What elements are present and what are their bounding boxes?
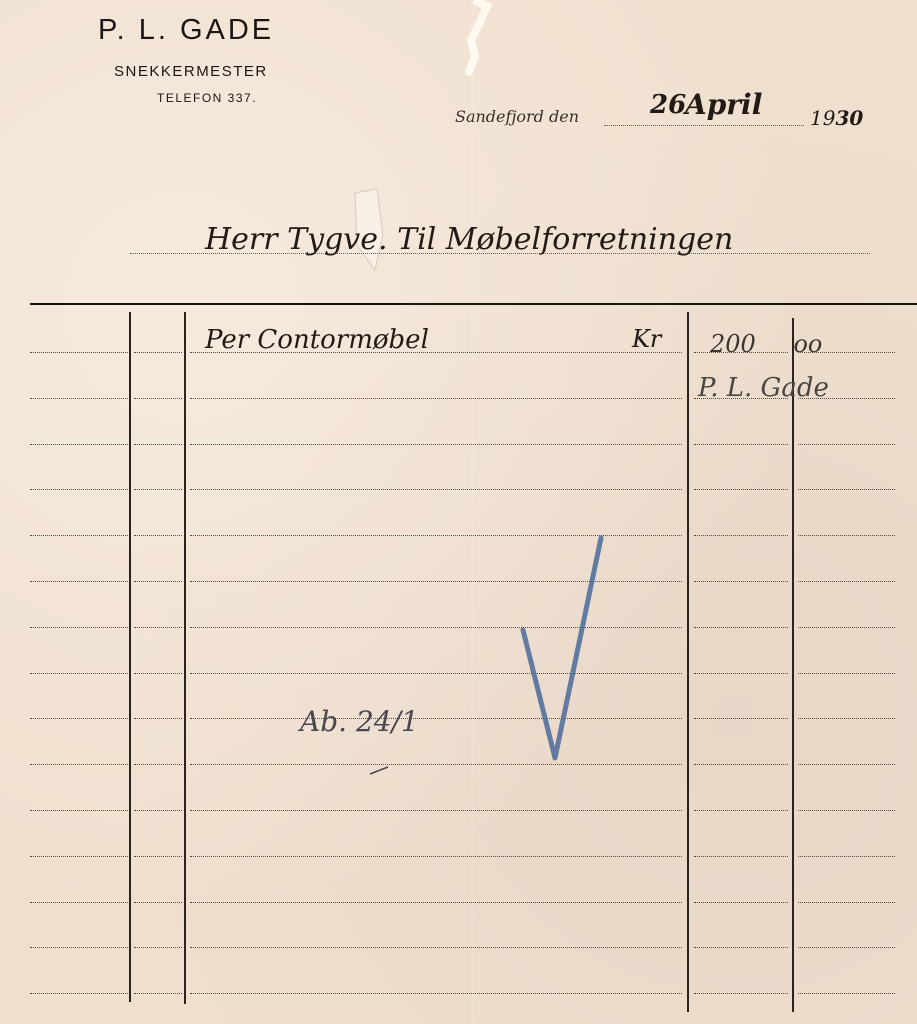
date-month: April <box>685 88 762 121</box>
company-trade: SNEKKERMESTER <box>114 63 268 80</box>
ledger-row-line <box>30 535 128 536</box>
ledger-row-line <box>798 673 895 674</box>
ledger-row-line <box>798 856 895 857</box>
table-top-rule <box>30 303 917 305</box>
ledger-row-line <box>134 535 182 536</box>
ledger-row-line <box>798 947 895 948</box>
ledger-row-line <box>694 581 788 582</box>
ledger-row-line <box>30 673 128 674</box>
ledger-row-line <box>190 993 682 994</box>
date-day: 26 <box>650 90 686 120</box>
checkmark-icon <box>515 530 615 770</box>
ledger-row-line <box>694 627 788 628</box>
ledger-row-line <box>694 902 788 903</box>
year-handwritten: 30 <box>835 106 863 130</box>
ledger-row-line <box>798 810 895 811</box>
column-divider-1 <box>129 312 131 1002</box>
amount-value: 200 <box>710 330 756 358</box>
ledger-row-line <box>134 947 182 948</box>
ledger-row-line <box>694 673 788 674</box>
ledger-row-line <box>134 489 182 490</box>
addressee: Herr Tygve. Til Møbelforretningen <box>205 222 733 257</box>
ledger-row-line <box>30 947 128 948</box>
line-item-amount: 200 oo <box>710 330 822 358</box>
ledger-row-line <box>190 947 682 948</box>
company-name: P. L. GADE <box>98 14 274 47</box>
ledger-row-line <box>30 352 128 353</box>
ledger-row-line <box>134 352 182 353</box>
ledger-row-line <box>694 764 788 765</box>
ledger-row-line <box>30 627 128 628</box>
note-underline <box>368 764 392 776</box>
ledger-row-line <box>190 902 682 903</box>
ledger-row-line <box>134 764 182 765</box>
ledger-row-line <box>694 718 788 719</box>
ledger-row-line <box>30 856 128 857</box>
signature: P. L. Gade <box>698 373 829 403</box>
ledger-row-line <box>694 535 788 536</box>
ledger-row-line <box>694 444 788 445</box>
column-divider-2 <box>184 312 186 1004</box>
ledger-row-line <box>30 398 128 399</box>
column-divider-4 <box>792 318 794 1012</box>
ledger-row-line <box>190 444 682 445</box>
ledger-row-line <box>190 810 682 811</box>
ledger-row-line <box>694 810 788 811</box>
ledger-row-line <box>134 902 182 903</box>
ledger-row-line <box>30 444 128 445</box>
amount-cents: oo <box>793 330 822 358</box>
ledger-row-line <box>30 902 128 903</box>
ledger-row-line <box>694 856 788 857</box>
date-year: 1930 <box>810 106 863 130</box>
date-line <box>604 125 804 126</box>
ledger-row-line <box>798 902 895 903</box>
ledger-row-line <box>694 947 788 948</box>
column-divider-3 <box>687 312 689 1012</box>
ledger-row-line <box>30 993 128 994</box>
ledger-row-line <box>798 764 895 765</box>
line-item-description: Per Contormøbel <box>205 325 429 355</box>
ledger-row-line <box>30 489 128 490</box>
ledger-row-line <box>798 535 895 536</box>
ledger-row-line <box>798 993 895 994</box>
ledger-row-line <box>798 627 895 628</box>
ledger-row-line <box>694 489 788 490</box>
ledger-row-line <box>30 581 128 582</box>
ledger-row-line <box>190 398 682 399</box>
company-phone: TELEFON 337. <box>157 91 257 105</box>
ledger-row-line <box>798 444 895 445</box>
ledger-row-line <box>134 856 182 857</box>
ledger-row-line <box>190 856 682 857</box>
ledger-row-line <box>134 718 182 719</box>
ledger-row-line <box>30 764 128 765</box>
ledger-row-line <box>30 718 128 719</box>
ledger-row-line <box>134 673 182 674</box>
line-item-unit: Kr <box>632 325 661 353</box>
reference-note: Ab. 24/1 <box>300 705 419 738</box>
ledger-row-line <box>134 627 182 628</box>
ledger-row-line <box>134 993 182 994</box>
ledger-row-line <box>134 810 182 811</box>
paper-tear <box>457 0 497 80</box>
ledger-row-line <box>190 489 682 490</box>
year-printed: 19 <box>810 106 835 130</box>
ledger-row-line <box>694 993 788 994</box>
ledger-row-line <box>798 489 895 490</box>
ledger-row-line <box>798 581 895 582</box>
ledger-row-line <box>134 398 182 399</box>
place-label: Sandefjord den <box>455 107 579 126</box>
ledger-row-line <box>30 810 128 811</box>
ledger-row-line <box>134 444 182 445</box>
ledger-row-line <box>798 718 895 719</box>
ledger-row-line <box>134 581 182 582</box>
